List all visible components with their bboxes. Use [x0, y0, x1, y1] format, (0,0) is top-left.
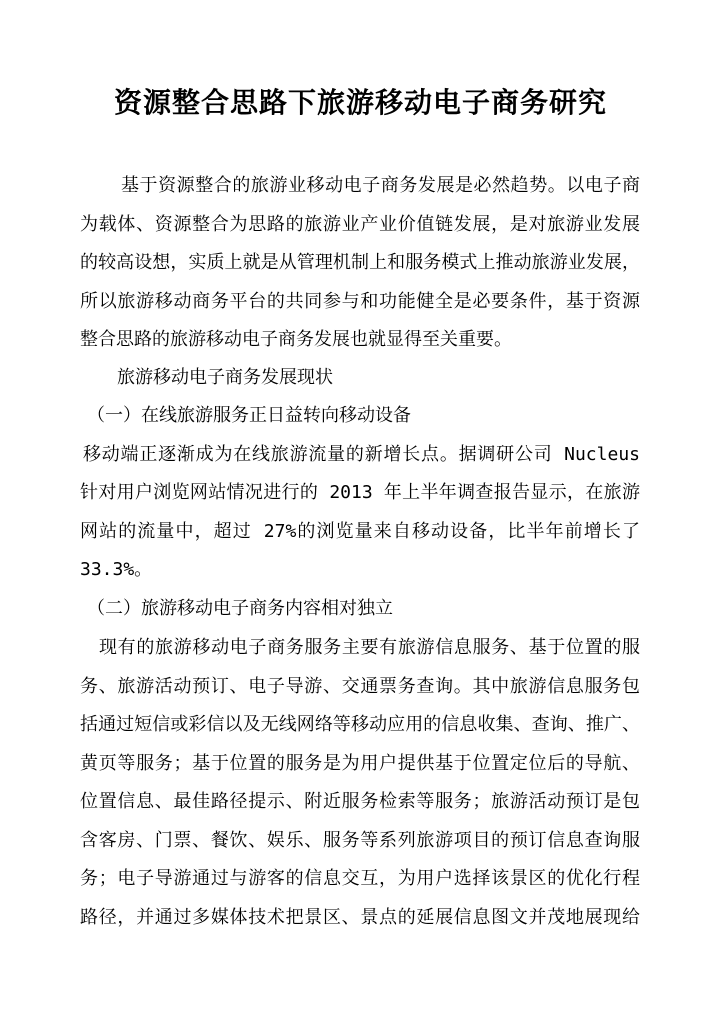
paragraph-line: 务、旅游活动预订、电子导游、交通票务查询。其中旅游信息服务包: [80, 667, 640, 706]
paragraph-line: 为载体、资源整合为思路的旅游业产业价值链发展，是对旅游业发展: [80, 205, 640, 244]
paragraph-line: 的较高设想，实质上就是从管理机制上和服务模式上推动旅游业发展，: [80, 243, 640, 282]
paragraph-line: 黄页等服务；基于位置的服务是为用户提供基于位置定位后的导航、: [80, 744, 640, 783]
paragraph-line: 网站的流量中，超过 27%的浏览量来自移动设备，比半年前增长了: [80, 513, 640, 552]
paragraph-line: 现有的旅游移动电子商务服务主要有旅游信息服务、基于位置的服: [80, 628, 640, 667]
subsection-heading: （二）旅游移动电子商务内容相对独立: [80, 590, 640, 629]
subsection-heading: （一）在线旅游服务正日益转向移动设备: [80, 397, 640, 436]
paragraph-line: 基于资源整合的旅游业移动电子商务发展是必然趋势。以电子商务: [80, 166, 640, 205]
paragraph-line: 33.3%。: [80, 551, 640, 590]
section-heading: 旅游移动电子商务发展现状: [80, 359, 640, 398]
document-body: 基于资源整合的旅游业移动电子商务发展是必然趋势。以电子商务 为载体、资源整合为思…: [80, 166, 640, 936]
paragraph-line: 移动端正逐渐成为在线旅游流量的新增长点。据调研公司 Nucleus: [80, 436, 640, 475]
paragraph-line: 路径，并通过多媒体技术把景区、景点的延展信息图文并茂地展现给: [80, 898, 640, 937]
paragraph-line: 务；电子导游通过与游客的信息交互，为用户选择该景区的优化行程: [80, 859, 640, 898]
paragraph-line: 所以旅游移动商务平台的共同参与和功能健全是必要条件，基于资源: [80, 282, 640, 321]
paragraph-line: 位置信息、最佳路径提示、附近服务检索等服务；旅游活动预订是包: [80, 782, 640, 821]
paragraph-line: 含客房、门票、餐饮、娱乐、服务等系列旅游项目的预订信息查询服: [80, 821, 640, 860]
document-page: 资源整合思路下旅游移动电子商务研究 基于资源整合的旅游业移动电子商务发展是必然趋…: [0, 0, 721, 1020]
document-title: 资源整合思路下旅游移动电子商务研究: [0, 82, 721, 126]
paragraph-line: 括通过短信或彩信以及无线网络等移动应用的信息收集、查询、推广、: [80, 705, 640, 744]
paragraph-line: 针对用户浏览网站情况进行的 2013 年上半年调查报告显示，在旅游: [80, 474, 640, 513]
paragraph-line: 整合思路的旅游移动电子商务发展也就显得至关重要。: [80, 320, 640, 359]
